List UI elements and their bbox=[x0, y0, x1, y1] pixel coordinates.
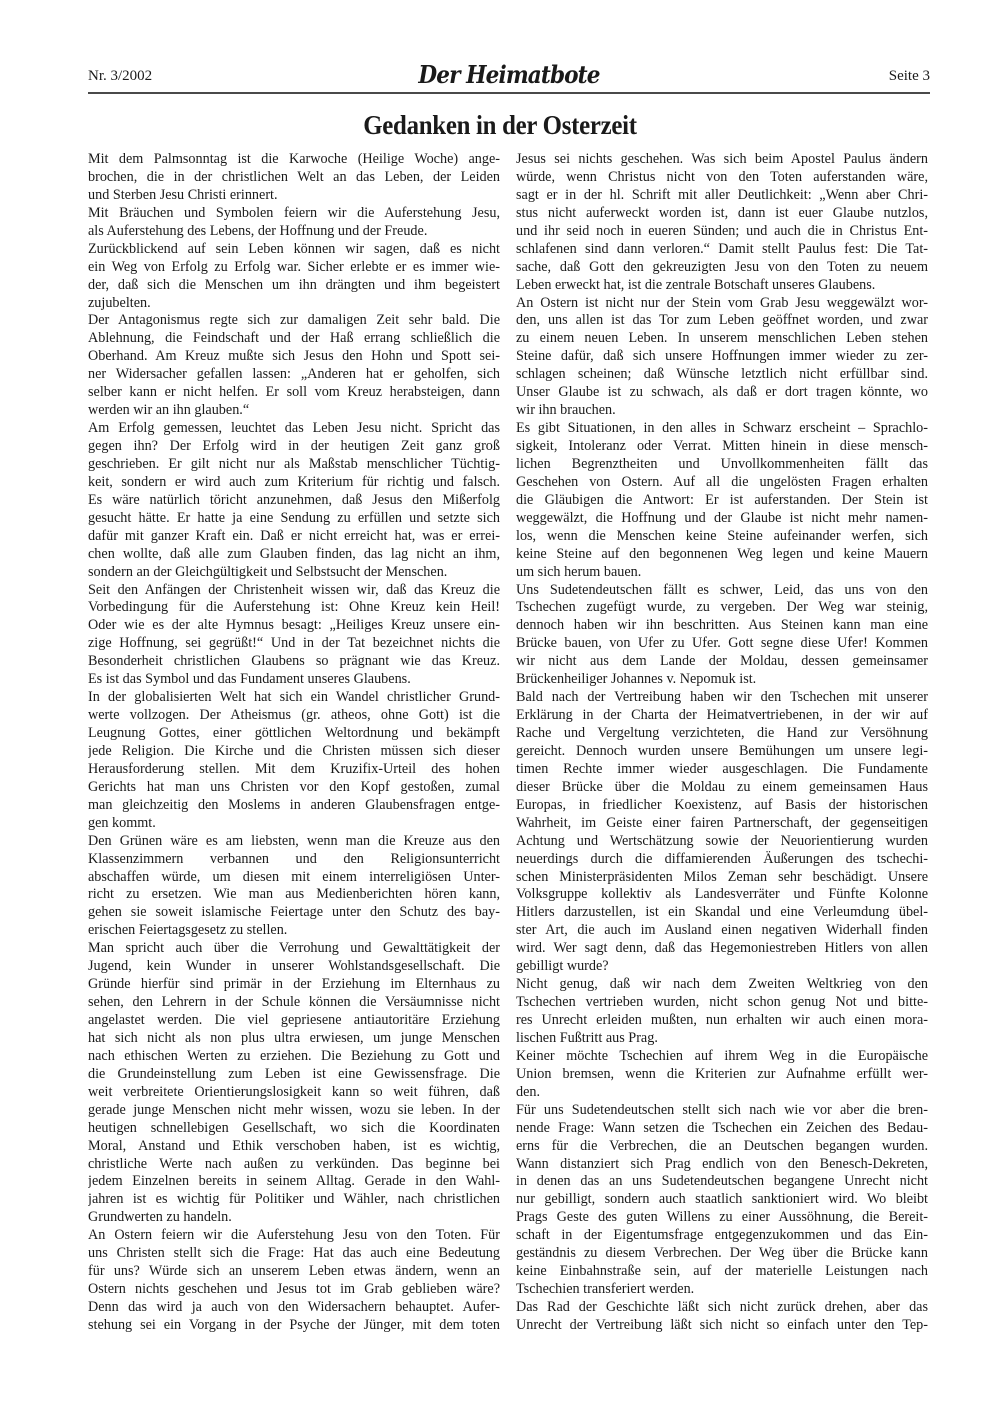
text-line: die Grundeinstellung zum Leben ist eine … bbox=[88, 1066, 500, 1084]
text-line: Ablehnung, die Feindschaft und der Haß e… bbox=[88, 330, 500, 348]
text-line: Nicht genug, daß wir nach dem Zweiten We… bbox=[516, 976, 928, 994]
text-line: Geschehen von Ostern. Auf all die ungelö… bbox=[516, 474, 928, 492]
text-line: würde, wenn Christus nicht von den Toten… bbox=[516, 169, 928, 187]
text-line: ster Art, die auch im Ausland einen nega… bbox=[516, 922, 928, 940]
text-line: Jugend, kein Wunder in unserer Wohlstand… bbox=[88, 958, 500, 976]
text-line: keine Einbahnstraße sein, auf der materi… bbox=[516, 1263, 928, 1281]
text-line: Am Erfolg gemessen, leuchtet das Leben J… bbox=[88, 420, 500, 438]
text-line: der, daß sich die Menschen um ihn drängt… bbox=[88, 277, 500, 295]
text-line: gen kommt. bbox=[88, 815, 500, 833]
text-line: Union bremsen, wenn die Kriterien zur Au… bbox=[516, 1066, 928, 1084]
text-line: als Auferstehung des Lebens, der Hoffnun… bbox=[88, 223, 500, 241]
text-line: wir nicht aus dem Lande der Moldau, dess… bbox=[516, 653, 928, 671]
text-line: dieser Brücke über die Moldau zu einem g… bbox=[516, 779, 928, 797]
text-line: erischen Feiertagsgesetz zu stellen. bbox=[88, 922, 500, 940]
text-line: los, wenn die Menschen keine Steine aufe… bbox=[516, 528, 928, 546]
text-line: dennoch haben wir ihn beschritten. Aus S… bbox=[516, 617, 928, 635]
text-line: wird. Wer sagt denn, daß das Hegemoniest… bbox=[516, 940, 928, 958]
text-line: ner Widersacher gefallen lassen: „Andere… bbox=[88, 366, 500, 384]
text-line: gegen ihn? Der Erfolg wird in der heutig… bbox=[88, 438, 500, 456]
text-line: Wahrheit, im Geiste einer fairen Partner… bbox=[516, 815, 928, 833]
text-line: Man spricht auch über die Verrohung und … bbox=[88, 940, 500, 958]
text-line: schlafenen sind dann verloren.“ Damit st… bbox=[516, 241, 928, 259]
text-line: Für uns Sudetendeutschen stellt sich nac… bbox=[516, 1102, 928, 1120]
text-line: gerade junge Menschen nicht mehr wissen,… bbox=[88, 1102, 500, 1120]
text-line: jahren ist es wichtig für Politiker und … bbox=[88, 1191, 500, 1209]
text-line: An Ostern feiern wir die Auferstehung Je… bbox=[88, 1227, 500, 1245]
text-line: Es wäre natürlich töricht anzunehmen, da… bbox=[88, 492, 500, 510]
text-line: Rache und Vergeltung verzichteten, die H… bbox=[516, 725, 928, 743]
text-line: man gleichzeitig den Moslems in anderen … bbox=[88, 797, 500, 815]
text-line: lichen Begrenztheiten und Unvollkommenhe… bbox=[516, 456, 928, 474]
text-line: Oder wie es der alte Hymnus besagt: „Hei… bbox=[88, 617, 500, 635]
text-line: Keiner möchte Tschechien auf ihrem Weg i… bbox=[516, 1048, 928, 1066]
text-line: Gerichts hat man uns Christen vor den Ko… bbox=[88, 779, 500, 797]
text-line: gereicht. Dennoch wurden unsere Bemühung… bbox=[516, 743, 928, 761]
text-line: hat sich nicht als non plus ultra erwies… bbox=[88, 1030, 500, 1048]
text-line: Moral, Anstand und Ethik verschoben habe… bbox=[88, 1138, 500, 1156]
text-line: Besonderheit christlichen Glaubens so pr… bbox=[88, 653, 500, 671]
text-line: zige Hoffnung, sei gegrüßt!“ Und in der … bbox=[88, 635, 500, 653]
text-line: die Gläubigen die Antwort: Er ist aufers… bbox=[516, 492, 928, 510]
text-line: Europas, in friedlicher Koexistenz, auf … bbox=[516, 797, 928, 815]
text-line: Es gibt Situationen, in den alles in Sch… bbox=[516, 420, 928, 438]
text-line: Oberhand. Am Kreuz mußte sich Jesus den … bbox=[88, 348, 500, 366]
text-line: weit verbreitete Orientierungslosigkeit … bbox=[88, 1084, 500, 1102]
text-line: gebilligt wurde? bbox=[516, 958, 928, 976]
text-line: den, uns allen ist das Tor zum Leben geö… bbox=[516, 312, 928, 330]
text-line: christliche Werte nach außen zu verkünde… bbox=[88, 1156, 500, 1174]
text-line: schen Ministerpräsidenten Milos Zeman se… bbox=[516, 869, 928, 887]
text-line: Unser Glaube ist zu schwach, als daß er … bbox=[516, 384, 928, 402]
text-line: timen Rechte immer wieder ausgeschlagen.… bbox=[516, 761, 928, 779]
text-line: lischen Fußtritt aus Prag. bbox=[516, 1030, 928, 1048]
text-line: Unrecht der Vertreibung läßt sich nicht … bbox=[516, 1317, 928, 1335]
text-line: chen wollte, daß alle zum Glauben finden… bbox=[88, 546, 500, 564]
text-line: nur gebilligt, sondern auch staatlich sa… bbox=[516, 1191, 928, 1209]
text-line: zujubelten. bbox=[88, 295, 500, 313]
article-column-left: Mit dem Palmsonntag ist die Karwoche (He… bbox=[88, 151, 500, 1335]
text-line: zu einem neuen Leben. In unserem menschl… bbox=[516, 330, 928, 348]
text-line: gehen sie soweit islamische Feiertage un… bbox=[88, 904, 500, 922]
text-line: Der Antagonismus regte sich zur damalige… bbox=[88, 312, 500, 330]
text-line: An Ostern ist nicht nur der Stein vom Gr… bbox=[516, 295, 928, 313]
text-line: sache, daß Gott den gekreuzigten Jesu vo… bbox=[516, 259, 928, 277]
text-line: res Unrecht erleiden mußten, nun erhalte… bbox=[516, 1012, 928, 1030]
text-line: Brücke bauen, von Ufer zu Ufer. Gott seg… bbox=[516, 635, 928, 653]
text-line: Den Grünen wäre es am liebsten, wenn man… bbox=[88, 833, 500, 851]
text-line: angelastet werden. Die viel gepriesene a… bbox=[88, 1012, 500, 1030]
text-line: Das Rad der Geschichte läßt sich nicht z… bbox=[516, 1299, 928, 1317]
text-line: richt zu ersetzen. Wie man aus Medienber… bbox=[88, 886, 500, 904]
text-line: für uns? Würde sich an unserem Leben etw… bbox=[88, 1263, 500, 1281]
page-number: Seite 3 bbox=[889, 68, 930, 85]
text-line: stus nicht auferweckt worden ist, dann i… bbox=[516, 205, 928, 223]
text-line: Steine dafür, daß sich unsere Hoffnungen… bbox=[516, 348, 928, 366]
text-line: wir ihn brauchen. bbox=[516, 402, 928, 420]
text-line: stehung sei ein Vorgang in der Psyche de… bbox=[88, 1317, 500, 1335]
text-line: In der globalisierten Welt hat sich ein … bbox=[88, 689, 500, 707]
text-line: uns Christen stellt sich die Frage: Hat … bbox=[88, 1245, 500, 1263]
text-line: keit, sondern er wird auch zum Kriterium… bbox=[88, 474, 500, 492]
text-line: Leugnung Gottes, einer göttlichen Weltor… bbox=[88, 725, 500, 743]
text-line: Seit den Anfängen der Christenheit wisse… bbox=[88, 582, 500, 600]
text-line: Brückenheiliger Johannes v. Nepomuk ist. bbox=[516, 671, 928, 689]
text-line: Denn das wird ja auch von den Widersache… bbox=[88, 1299, 500, 1317]
text-line: abschaffen würde, um diesen mit einem in… bbox=[88, 869, 500, 887]
header-rule bbox=[88, 92, 930, 94]
text-line: schaft in der Eigentumsfrage entgegenzuk… bbox=[516, 1227, 928, 1245]
text-line: geschrieben. Er gilt nicht nur als Maßst… bbox=[88, 456, 500, 474]
text-line: Hitlers darzustellen, ist ein Skandal un… bbox=[516, 904, 928, 922]
text-line: schlagen scheinen; daß Wünsche letztlich… bbox=[516, 366, 928, 384]
text-line: sigkeit, Intoleranz oder Verrat. Mitten … bbox=[516, 438, 928, 456]
text-line: Tschechen zugefügt wurde, zu vergeben. D… bbox=[516, 599, 928, 617]
text-line: in denen das an uns Sudetendeutschen beg… bbox=[516, 1173, 928, 1191]
text-line: Wann distanziert sich Prag endlich von d… bbox=[516, 1156, 928, 1174]
text-line: Erklärung in der Charta der Heimatvertri… bbox=[516, 707, 928, 725]
text-line: ein Weg von Erfolg zu Erfolg war. Sicher… bbox=[88, 259, 500, 277]
article-column-right: Jesus sei nichts geschehen. Was sich bei… bbox=[516, 151, 928, 1335]
text-line: Prags Geste des guten Willens zu einer A… bbox=[516, 1209, 928, 1227]
text-line: Tschechen vertrieben wurden, nicht schon… bbox=[516, 994, 928, 1012]
newspaper-masthead: Der Heimatbote bbox=[130, 60, 888, 89]
text-line: werden wir an ihn glauben.“ bbox=[88, 402, 500, 420]
text-line: Klassenzimmern verbannen und den Religio… bbox=[88, 851, 500, 869]
text-line: Ostern nichts geschehen und Jesus tot im… bbox=[88, 1281, 500, 1299]
text-line: und Sterben Jesu Christi erinnert. bbox=[88, 187, 500, 205]
text-line: Gründe hierfür sind primär in der Erzieh… bbox=[88, 976, 500, 994]
text-line: sondern an der Gleichgültigkeit und Selb… bbox=[88, 564, 500, 582]
text-line: sagt er in der hl. Schrift mit aller Deu… bbox=[516, 187, 928, 205]
text-line: erns für die Verbrechen, die an Deutsche… bbox=[516, 1138, 928, 1156]
text-line: Grundwerten zu handeln. bbox=[88, 1209, 500, 1227]
text-line: geständnis zu diesem Verbrechen. Der Weg… bbox=[516, 1245, 928, 1263]
text-line: Achtung und Wertschätzung sowie der Neuo… bbox=[516, 833, 928, 851]
text-line: jedem Einzelnen bereits in seinem Alltag… bbox=[88, 1173, 500, 1191]
text-line: werte vollzogen. Der Atheismus (gr. athe… bbox=[88, 707, 500, 725]
text-line: brochen, die in der christlichen Welt an… bbox=[88, 169, 500, 187]
text-line: heutigen schnellebigen Gesellschaft, wo … bbox=[88, 1120, 500, 1138]
text-line: keine Steine auf den begonnenen Weg lege… bbox=[516, 546, 928, 564]
page-header: Nr. 3/2002 Der Heimatbote Seite 3 bbox=[88, 60, 930, 90]
text-line: gesucht hätte. Er hatte ja eine Sendung … bbox=[88, 510, 500, 528]
text-line: Uns Sudetendeutschen fällt es schwer, Le… bbox=[516, 582, 928, 600]
text-line: Es ist das Symbol und das Fundament unse… bbox=[88, 671, 500, 689]
text-line: Volksgruppe kollektiv als Landesverräter… bbox=[516, 886, 928, 904]
text-line: und ihr seid noch in eueren Sünden; und … bbox=[516, 223, 928, 241]
text-line: dafür mit ganzer Kraft ein. Daß er nicht… bbox=[88, 528, 500, 546]
text-line: Leben erweckt hat, ist die zentrale Bots… bbox=[516, 277, 928, 295]
article-title: Gedanken in der Osterzeit bbox=[40, 110, 960, 141]
text-line: nach ethischen Werten zu erziehen. Die B… bbox=[88, 1048, 500, 1066]
text-line: um sich herum bauen. bbox=[516, 564, 928, 582]
text-line: Mit Bräuchen und Symbolen feiern wir die… bbox=[88, 205, 500, 223]
text-line: Vorbedingung für die Auferstehung ist: O… bbox=[88, 599, 500, 617]
text-line: Bald nach der Vertreibung haben wir den … bbox=[516, 689, 928, 707]
text-line: weggewälzt, die Hoffnung und der Glaube … bbox=[516, 510, 928, 528]
text-line: Mit dem Palmsonntag ist die Karwoche (He… bbox=[88, 151, 500, 169]
text-line: den. bbox=[516, 1084, 928, 1102]
text-line: Herausforderung stellen. Mit dem Kruzifi… bbox=[88, 761, 500, 779]
text-line: jede Religion. Die Kirche und die Christ… bbox=[88, 743, 500, 761]
text-line: Jesus sei nichts geschehen. Was sich bei… bbox=[516, 151, 928, 169]
text-line: Tschechien transferiert werden. bbox=[516, 1281, 928, 1299]
text-line: selber kann er nicht helfen. Er soll vom… bbox=[88, 384, 500, 402]
text-line: nende Frage: Wann setzen die Tschechen e… bbox=[516, 1120, 928, 1138]
text-line: sehen, den Lehrern in der Schule können … bbox=[88, 994, 500, 1012]
text-line: neuerdings durch die diffamierenden Äuße… bbox=[516, 851, 928, 869]
text-line: Zurückblickend auf sein Leben können wir… bbox=[88, 241, 500, 259]
